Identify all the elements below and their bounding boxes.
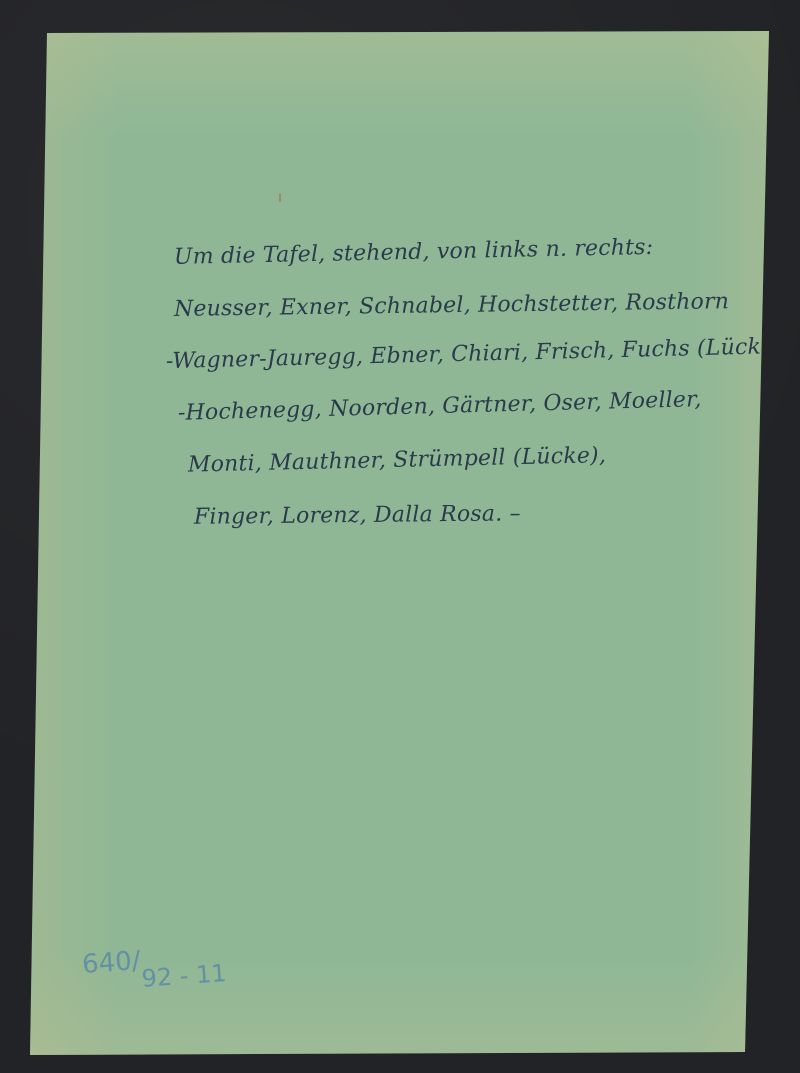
- catalog-separator: /: [131, 946, 142, 977]
- catalog-denominator: 92 - 11: [141, 959, 228, 993]
- handwritten-line-heading: Um die Tafel, stehend, von links n. rech…: [173, 219, 774, 284]
- catalog-numerator: 640: [81, 947, 133, 980]
- handwritten-line-names: Finger, Lorenz, Dalla Rosa. –: [194, 485, 795, 543]
- handwritten-text-block: Um die Tafel, stehend, von links n. rech…: [170, 232, 770, 544]
- paper-speck: [279, 193, 281, 202]
- catalog-number: 640/92 - 11: [81, 940, 226, 980]
- paper-sheet: Um die Tafel, stehend, von links n. rech…: [0, 0, 800, 1073]
